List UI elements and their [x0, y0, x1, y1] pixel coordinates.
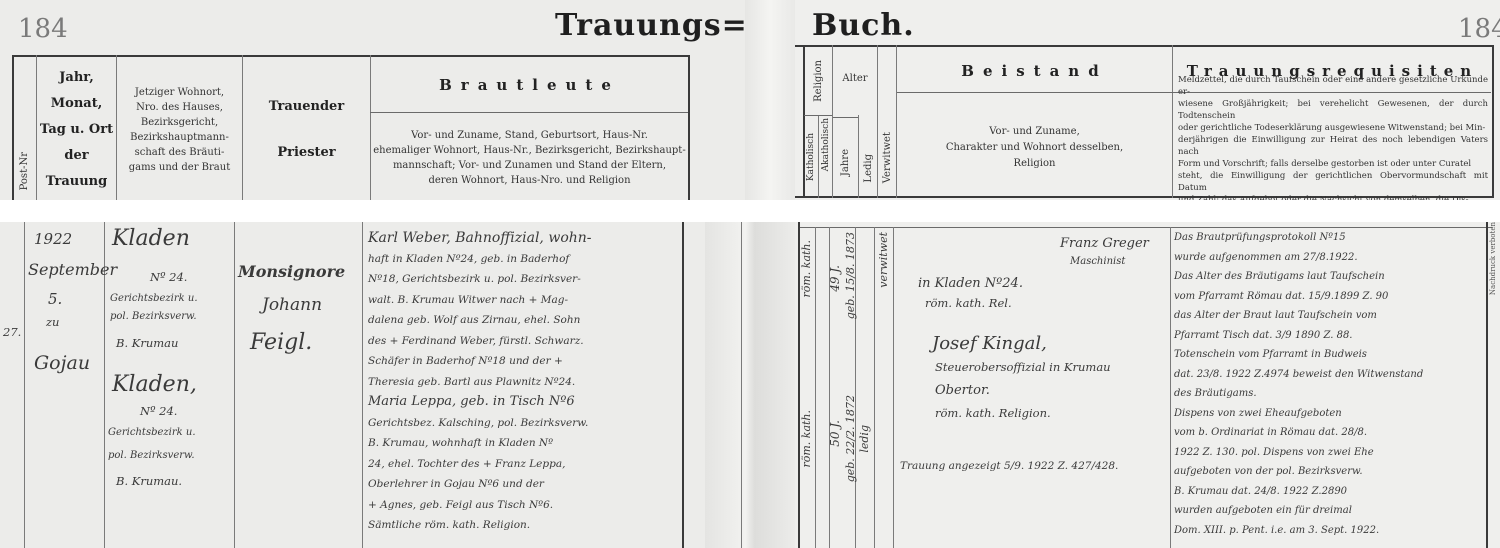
header-top-rule-right	[795, 45, 1492, 47]
birthdate-bride: geb. 15/8. 1873	[844, 232, 857, 319]
divider	[362, 222, 363, 548]
bride-residence-line3: B. Krumau.	[116, 474, 182, 488]
page-number-left: 184	[18, 14, 68, 44]
marriage-requisites: Das Brautprüfungsprotokoll Nº15 wurde au…	[1174, 228, 1423, 540]
col-catholic: Katholisch	[804, 118, 818, 196]
col-priest: Trauender Priester	[243, 60, 370, 200]
gutter-line	[741, 222, 742, 548]
divider	[815, 227, 816, 548]
strip-separator	[0, 200, 1500, 222]
age-bride: 49 J.	[828, 265, 842, 292]
col-witness-desc: Vor- und Zuname, Charakter und Wohnort d…	[897, 100, 1172, 195]
religion-groom: röm. kath.	[800, 410, 813, 468]
groom-residence-line1: Gerichtsbezirk u.	[110, 293, 198, 304]
col-single: Ledig	[859, 140, 877, 196]
bride-residence-line2: pol. Bezirksverw.	[108, 450, 195, 461]
religion-bride: röm. kath.	[800, 240, 813, 298]
witness1-religion: röm. kath. Rel.	[925, 296, 1012, 310]
col-post-nr: Post-Nr	[13, 60, 36, 200]
divider	[1170, 227, 1171, 548]
header-top-rule-left	[12, 55, 690, 57]
col-residence: Jetziger Wohnort, Nro. des Hauses, Bezir…	[117, 60, 242, 200]
table-border-right	[1486, 222, 1488, 548]
witness1-residence: in Kladen Nº24.	[918, 276, 1023, 291]
witness2-religion: röm. kath. Religion.	[935, 406, 1051, 420]
priest-title: Monsignore	[238, 262, 345, 281]
witness1-occupation: Maschinist	[1070, 256, 1125, 267]
groom-residence-line3: B. Krumau	[116, 336, 178, 350]
couple-header-divider	[370, 112, 688, 113]
entry-place: Gojau	[34, 352, 90, 374]
register-title-right: Buch.	[812, 8, 915, 43]
col-religion: Religion	[804, 50, 832, 112]
divider	[893, 227, 894, 548]
groom-residence-place: Kladen	[112, 226, 190, 251]
page-number-right: 184	[1458, 14, 1500, 44]
religion-divider	[804, 115, 832, 116]
divider	[874, 227, 875, 548]
col-non-catholic: Akatholisch	[819, 118, 832, 196]
col-witness-title: Beistand	[897, 50, 1172, 92]
status-groom: ledig	[858, 425, 871, 453]
entry-month: September	[28, 260, 117, 279]
divider	[234, 222, 235, 548]
col-couple-desc: Vor- und Zuname, Stand, Geburtsort, Haus…	[371, 115, 688, 200]
groom-residence-line2: pol. Bezirksverw.	[110, 311, 197, 322]
col-age: Alter	[833, 68, 877, 88]
table-border-right	[1492, 45, 1494, 198]
entry-post-nr: 27.	[3, 325, 21, 339]
age-divider	[833, 117, 858, 118]
book-gutter-bottom	[705, 222, 795, 548]
witness2-name: Josef Kingal,	[932, 333, 1047, 354]
col-couple-title: Brautleute	[371, 58, 688, 112]
bride-residence-house: Nº 24.	[140, 404, 177, 418]
bride-residence-line1: Gerichtsbezirk u.	[108, 427, 196, 438]
entry-at: zu	[46, 315, 59, 329]
divider	[24, 222, 25, 548]
bride-residence-place: Kladen,	[112, 372, 197, 397]
col-date-place: Jahr, Monat, Tag u. Ort der Trauung	[37, 60, 116, 200]
col-years: Jahre	[833, 130, 858, 195]
witness2-occupation: Steuerobersoffizial in Krumau	[935, 360, 1111, 374]
status-bride: verwitwet	[877, 232, 890, 288]
entry-year: 1922	[34, 230, 72, 248]
priest-first-name: Johann	[262, 295, 322, 315]
col-requisites-desc: Meldzettel, die durch Taufschein oder ei…	[1178, 98, 1488, 193]
groom-residence-house: Nº 24.	[150, 270, 187, 284]
book-gutter-top	[745, 0, 795, 200]
marriage-notice: Trauung angezeigt 5/9. 1922 Z. 427/428.	[900, 460, 1118, 472]
margin-note: Nachdruck verboten	[1489, 222, 1497, 295]
witness1-name: Franz Greger	[1060, 236, 1149, 251]
table-border-right	[688, 55, 690, 205]
age-groom: 50 J.	[828, 420, 842, 447]
col-widowed: Verwitwet	[878, 120, 896, 196]
witness2-residence: Obertor.	[935, 383, 990, 398]
table-border-right	[682, 222, 684, 548]
priest-last-name: Feigl.	[250, 330, 312, 355]
birthdate-groom: geb. 22/2. 1872	[844, 395, 857, 482]
entry-day: 5.	[48, 290, 62, 308]
register-title-left: Trauungs=	[555, 8, 748, 43]
couple-details: Karl Weber, Bahnoffizial, wohn- haft in …	[368, 228, 592, 536]
